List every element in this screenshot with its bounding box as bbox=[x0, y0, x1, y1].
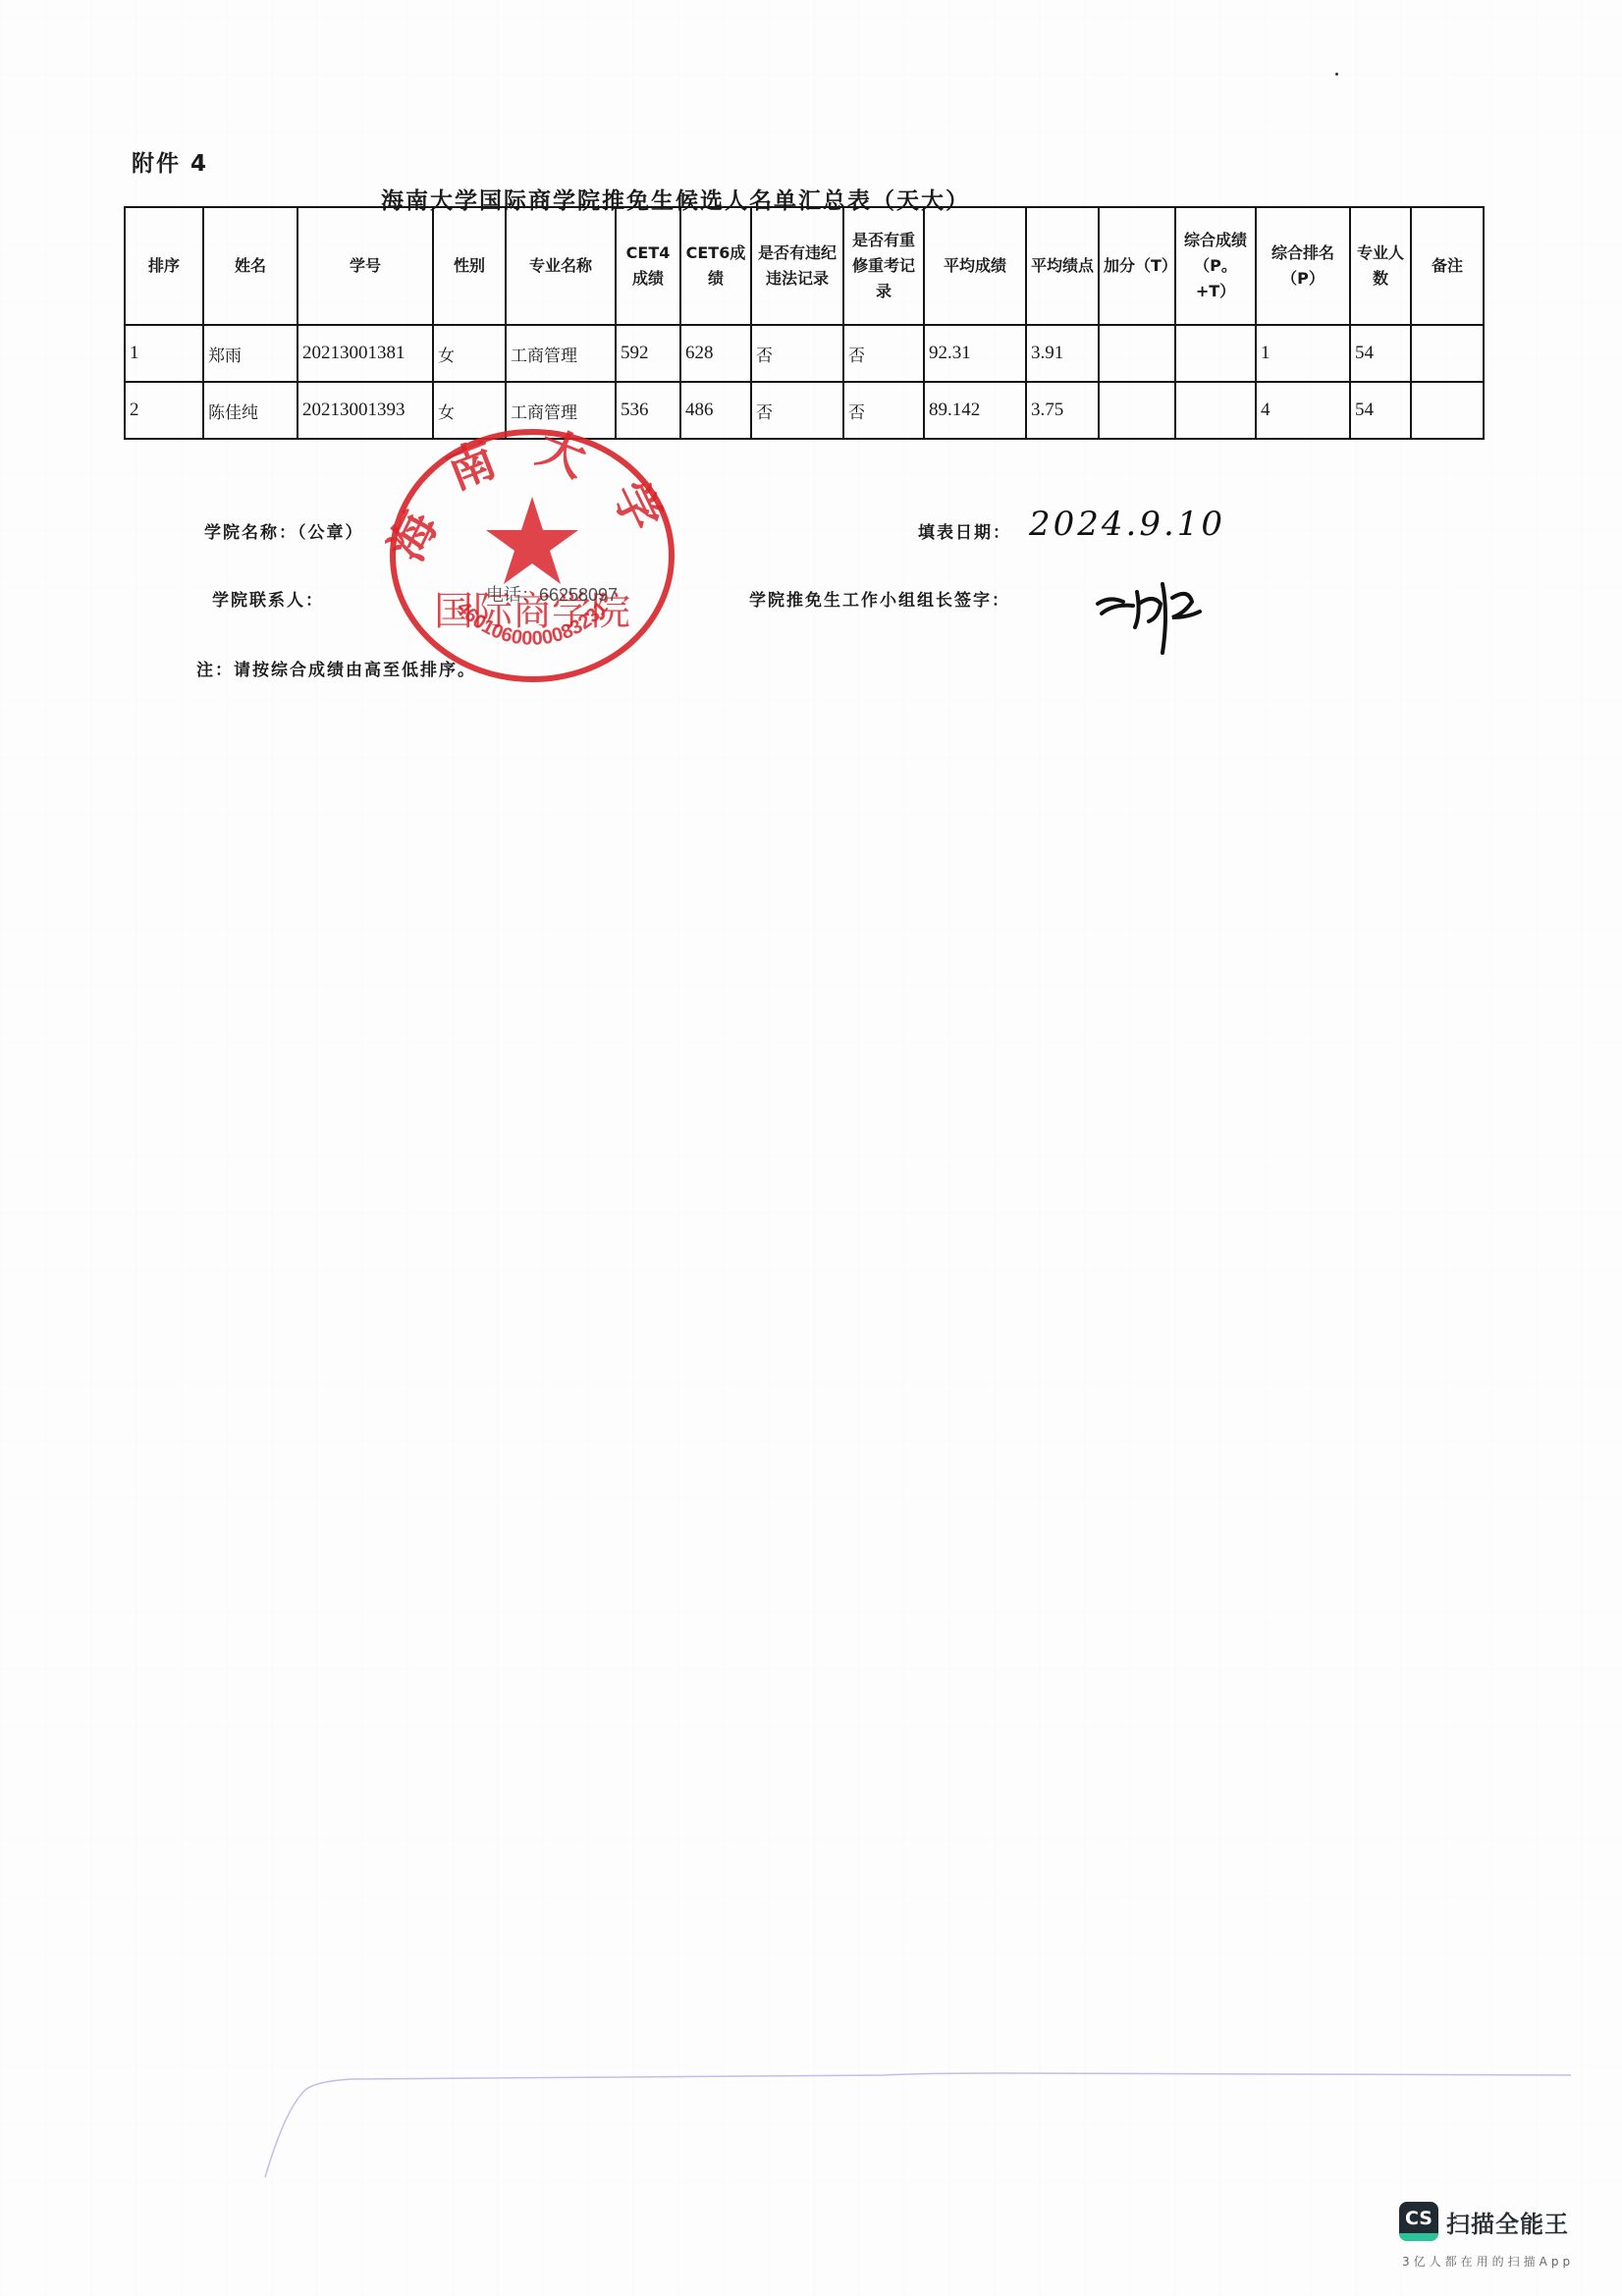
table-cell: 工商管理 bbox=[506, 382, 616, 439]
table-cell: 3.91 bbox=[1026, 325, 1099, 382]
table-cell: 女 bbox=[433, 325, 506, 382]
table-cell: 20213001393 bbox=[297, 382, 433, 439]
star-icon bbox=[486, 497, 578, 584]
cs-logo-icon: CS bbox=[1399, 2202, 1438, 2241]
table-cell: 否 bbox=[843, 325, 924, 382]
table-cell bbox=[1175, 325, 1256, 382]
table-cell: 92.31 bbox=[924, 325, 1026, 382]
column-header: CET4成绩 bbox=[616, 207, 680, 325]
scanner-app-name: 扫描全能王 bbox=[1446, 2205, 1569, 2239]
table-cell: 郑雨 bbox=[203, 325, 297, 382]
fill-date-value: 2024.9.10 bbox=[1029, 505, 1225, 544]
column-header: 是否有重修重考记录 bbox=[843, 207, 924, 325]
table-cell: 3.75 bbox=[1026, 382, 1099, 439]
table-cell bbox=[1411, 382, 1484, 439]
table-cell bbox=[1175, 382, 1256, 439]
table-cell: 工商管理 bbox=[506, 325, 616, 382]
scanner-tagline: 3亿人都在用的扫描App bbox=[1402, 2253, 1574, 2269]
column-header: 是否有违纪违法记录 bbox=[751, 207, 843, 325]
table-cell: 20213001381 bbox=[297, 325, 433, 382]
attachment-label: 附件 4 bbox=[132, 145, 208, 178]
column-header: 专业人数 bbox=[1350, 207, 1411, 325]
table-cell bbox=[1411, 325, 1484, 382]
svg-text:电话：66258097: 电话：66258097 bbox=[486, 585, 618, 605]
table-cell: 1 bbox=[1256, 325, 1350, 382]
table-cell: 54 bbox=[1350, 325, 1411, 382]
table-row: 1郑雨20213001381女工商管理592628否否92.313.91154 bbox=[125, 325, 1484, 382]
table-cell: 536 bbox=[616, 382, 680, 439]
column-header: 排序 bbox=[125, 207, 203, 325]
fill-date-label: 填表日期： bbox=[918, 518, 1011, 543]
scanner-watermark: CS 扫描全能王 bbox=[1399, 2202, 1569, 2241]
table-row: 2陈佳纯20213001393女工商管理536486否否89.1423.7545… bbox=[125, 382, 1484, 439]
column-header: 性别 bbox=[433, 207, 506, 325]
column-header: 平均成绩 bbox=[924, 207, 1026, 325]
column-header: 平均绩点 bbox=[1026, 207, 1099, 325]
column-header: 加分（T） bbox=[1099, 207, 1175, 325]
table-cell: 486 bbox=[680, 382, 751, 439]
table-cell: 否 bbox=[751, 325, 843, 382]
table-header-row: 排序姓名学号性别专业名称CET4成绩CET6成绩是否有违纪违法记录是否有重修重考… bbox=[125, 207, 1484, 325]
candidate-summary-table: 排序姓名学号性别专业名称CET4成绩CET6成绩是否有违纪违法记录是否有重修重考… bbox=[124, 206, 1485, 440]
column-header: 综合排名（P） bbox=[1256, 207, 1350, 325]
table-cell: 4 bbox=[1256, 382, 1350, 439]
table-cell: 否 bbox=[751, 382, 843, 439]
svg-text:4601060000083231: 4601060000083231 bbox=[452, 597, 612, 650]
table-cell: 54 bbox=[1350, 382, 1411, 439]
column-header: 综合成绩（P。+T） bbox=[1175, 207, 1256, 325]
table-cell bbox=[1099, 325, 1175, 382]
table-cell: 否 bbox=[843, 382, 924, 439]
column-header: 姓名 bbox=[203, 207, 297, 325]
column-header: 专业名称 bbox=[506, 207, 616, 325]
handwritten-signature bbox=[1090, 574, 1227, 663]
table-cell: 1 bbox=[125, 325, 203, 382]
column-header: CET6成绩 bbox=[680, 207, 751, 325]
table-cell bbox=[1099, 382, 1175, 439]
scan-speck bbox=[1335, 73, 1338, 76]
svg-text:海南大学: 海南大学 bbox=[385, 428, 679, 569]
table-cell: 陈佳纯 bbox=[203, 382, 297, 439]
table-cell: 89.142 bbox=[924, 382, 1026, 439]
table-cell: 592 bbox=[616, 325, 680, 382]
table-cell: 女 bbox=[433, 382, 506, 439]
table-cell: 2 bbox=[125, 382, 203, 439]
scan-edge-curve bbox=[255, 2071, 1610, 2179]
table-cell: 628 bbox=[680, 325, 751, 382]
college-name-label: 学院名称：（公章） bbox=[204, 518, 364, 543]
sorting-note: 注：请按综合成绩由高至低排序。 bbox=[196, 656, 476, 680]
contact-label: 学院联系人： bbox=[212, 586, 324, 611]
official-seal: 海南大学 国际商学院 电话：66258097 4601060000083231 bbox=[385, 428, 679, 683]
column-header: 学号 bbox=[297, 207, 433, 325]
leader-signature-label: 学院推免生工作小组组长签字： bbox=[749, 586, 1010, 611]
column-header: 备注 bbox=[1411, 207, 1484, 325]
svg-text:国际商学院: 国际商学院 bbox=[434, 589, 630, 634]
